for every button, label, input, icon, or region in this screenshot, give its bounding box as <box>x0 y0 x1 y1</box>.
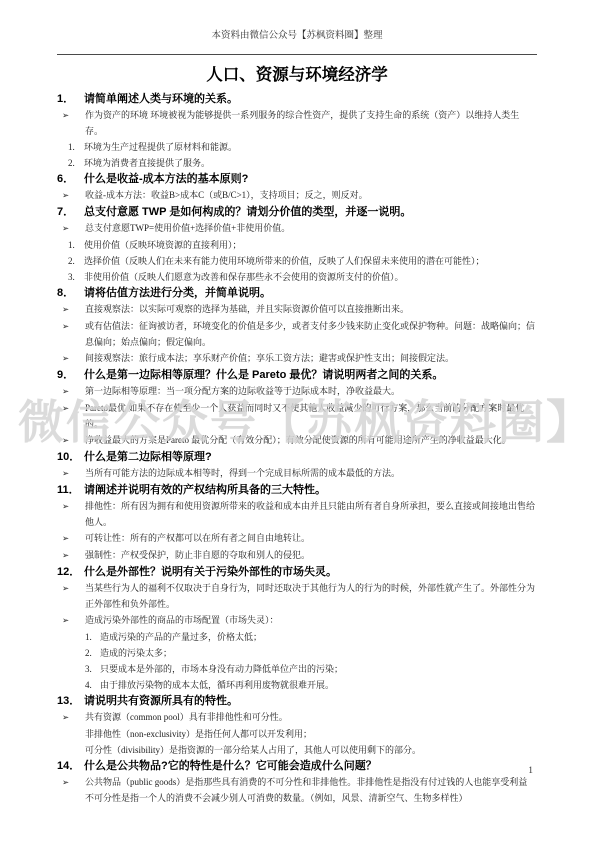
bullet-arrow-icon: ➢ <box>62 351 85 367</box>
bullet-item: ➢强制性：产权受保护，防止非自愿的夺取和别人的侵犯。 <box>57 547 537 564</box>
item-text: 环境为生产过程提供了原材料和能源。 <box>84 139 537 155</box>
item-text: 可转让性：所有的产权都可以在所有者之间自由地转让。 <box>85 530 537 546</box>
item-number: 11． <box>57 482 84 498</box>
question-heading: 7．总支付意愿 TWP 是如何构成的？请划分价值的类型，并逐一说明。 <box>57 204 537 220</box>
bullet-arrow-icon: ➢ <box>62 384 85 400</box>
item-number: 3. <box>68 269 84 285</box>
item-text: 或有估值法：征询被访者，环境变化的价值是多少，或者支付多少钱来防止变化或保护物种… <box>85 318 537 350</box>
continuation-line: 非排他性（non-exclusivity）是指任何人都可以开发利用； <box>85 726 537 742</box>
bullet-item: ➢净收益最大的方案是Pareto 最优分配（有效分配）；有效分配使资源的所有可能… <box>57 432 537 449</box>
item-number: 3. <box>85 661 100 677</box>
bullet-arrow-icon: ➢ <box>62 108 85 124</box>
bullet-item: ➢公共物品（public goods）是指那些具有消费的不可分性和非排他性。非排… <box>57 774 537 806</box>
sub-item: 3.非使用价值（反映人们愿意为改善和保存那些永不会使用的资源所支付的价值）。 <box>68 269 537 285</box>
page-title: 人口、资源与环境经济学 <box>57 63 537 87</box>
document-page: 本资料由微信公众号【苏枫资料圈】整理 人口、资源与环境经济学 1．请简单阐述人类… <box>0 0 595 841</box>
sub-item-nested: 2.造成的污染太多； <box>85 645 537 661</box>
item-text: 由于排放污染物的成本太低，循环再利用废物就很难开展。 <box>100 677 537 693</box>
bullet-item: ➢直接观察法：以实际可观察的选择为基础，并且实际资源价值可以直接推断出来。 <box>57 301 537 318</box>
item-text: 造成的污染太多； <box>100 645 537 661</box>
bullet-arrow-icon: ➢ <box>62 499 85 515</box>
item-number: 10． <box>57 449 84 465</box>
item-text: 造成污染外部性的商品的市场配置（市场失灵）： <box>85 612 537 628</box>
item-text: 选择价值（反映人们在未来有能力使用环境所带来的价值，反映了人们保留未来使用的潜在… <box>84 253 537 269</box>
bullet-arrow-icon: ➢ <box>62 548 85 564</box>
item-text: 什么是收益-成本方法的基本原则? <box>84 171 537 187</box>
item-text: 什么是第二边际相等原理? <box>84 449 537 465</box>
bullet-arrow-icon: ➢ <box>62 433 85 449</box>
item-number: 13． <box>57 693 84 709</box>
item-text: 请将估值方法进行分类，并简单说明。 <box>84 285 537 301</box>
bullet-item: ➢作为资产的环境 环境被视为能够提供一系列服务的综合性资产，提供了支持生命的系统… <box>57 107 537 139</box>
item-text: 当所有可能方法的边际成本相等时，得到一个完成目标所需的成本最低的方法。 <box>85 465 537 481</box>
bullet-arrow-icon: ➢ <box>62 531 85 547</box>
bullet-item: ➢共有资源（common pool）具有非排他性和可分性。 <box>57 709 537 726</box>
item-text: 净收益最大的方案是Pareto 最优分配（有效分配）；有效分配使资源的所有可能用… <box>85 432 537 448</box>
item-number: 6． <box>57 171 84 187</box>
header-text: 本资料由微信公众号【苏枫资料圈】整理 <box>211 31 382 41</box>
bullet-arrow-icon: ➢ <box>62 613 85 629</box>
item-number: 1． <box>57 91 84 107</box>
sub-item-nested: 3.只要成本是外部的，市场本身没有动力降低单位产出的污染； <box>85 661 537 677</box>
item-text: 使用价值（反映环境资源的直接利用）； <box>84 237 537 253</box>
item-number: 12． <box>57 564 84 580</box>
item-number: 2. <box>68 253 84 269</box>
item-text: 作为资产的环境 环境被视为能够提供一系列服务的综合性资产，提供了支持生命的系统（… <box>85 107 537 139</box>
item-text: 什么是第一边际相等原理？什么是 Pareto 最优？请说明两者之间的关系。 <box>84 367 537 383</box>
sub-item: 1.使用价值（反映环境资源的直接利用）； <box>68 237 537 253</box>
bullet-item: ➢第一边际相等原理：当一项分配方案的边际收益等于边际成本时，净收益最大。 <box>57 383 537 400</box>
bullet-item: ➢可转让性：所有的产权都可以在所有者之间自由地转让。 <box>57 530 537 547</box>
bullet-item: ➢或有估值法：征询被访者，环境变化的价值是多少，或者支付多少钱来防止变化或保护物… <box>57 318 537 350</box>
item-number: 1. <box>68 139 84 155</box>
item-number: 1. <box>68 237 84 253</box>
item-text: 造成污染的产品的产量过多，价格太低； <box>100 629 537 645</box>
item-text: 第一边际相等原理：当一项分配方案的边际收益等于边际成本时，净收益最大。 <box>85 383 537 399</box>
bullet-item: ➢当某些行为人的福利不仅取决于自身行为，同时还取决于其他行为人的行为的时候，外部… <box>57 580 537 612</box>
question-heading: 9．什么是第一边际相等原理？什么是 Pareto 最优？请说明两者之间的关系。 <box>57 367 537 383</box>
item-number: 4. <box>85 677 100 693</box>
item-text: 公共物品（public goods）是指那些具有消费的不可分性和非排他性。非排他… <box>85 774 537 806</box>
item-number: 2. <box>85 645 100 661</box>
bullet-arrow-icon: ➢ <box>62 581 85 597</box>
item-number: 1. <box>85 629 100 645</box>
bullet-arrow-icon: ➢ <box>62 466 85 482</box>
item-text: 共有资源（common pool）具有非排他性和可分性。 <box>85 709 537 725</box>
item-text: 总支付意愿TWP=使用价值+选择价值+非使用价值。 <box>85 220 537 236</box>
item-number: 14． <box>57 758 84 774</box>
bullet-item: ➢收益-成本方法：收益B>成本C（或B/C>1），支持项目；反之，则反对。 <box>57 187 537 204</box>
bullet-item: ➢造成污染外部性的商品的市场配置（市场失灵）： <box>57 612 537 629</box>
item-number: 7． <box>57 204 84 220</box>
question-heading: 11．请阐述并说明有效的产权结构所具备的三大特性。 <box>57 482 537 498</box>
item-text: 强制性：产权受保护，防止非自愿的夺取和别人的侵犯。 <box>85 547 537 563</box>
question-heading: 10．什么是第二边际相等原理? <box>57 449 537 465</box>
bullet-arrow-icon: ➢ <box>62 221 85 237</box>
bullet-arrow-icon: ➢ <box>62 302 85 318</box>
item-text: 非使用价值（反映人们愿意为改善和保存那些永不会使用的资源所支付的价值）。 <box>84 269 537 285</box>
item-text: 间接观察法：旅行成本法；享乐财产价值；享乐工资方法；避害或保护性支出；间接假定法… <box>85 350 537 366</box>
item-text: 直接观察法：以实际可观察的选择为基础，并且实际资源价值可以直接推断出来。 <box>85 301 537 317</box>
item-text: 只要成本是外部的，市场本身没有动力降低单位产出的污染； <box>100 661 537 677</box>
item-text: 什么是外部性？说明有关于污染外部性的市场失灵。 <box>84 564 537 580</box>
sub-item: 2.环境为消费者直接提供了服务。 <box>68 155 537 171</box>
bullet-arrow-icon: ➢ <box>62 188 85 204</box>
sub-item-nested: 4.由于排放污染物的成本太低，循环再利用废物就很难开展。 <box>85 677 537 693</box>
page-header: 本资料由微信公众号【苏枫资料圈】整理 <box>57 30 537 55</box>
sub-item-nested: 1.造成污染的产品的产量过多，价格太低； <box>85 629 537 645</box>
item-text: 请简单阐述人类与环境的关系。 <box>84 91 537 107</box>
item-number: 9． <box>57 367 84 383</box>
item-text: 收益-成本方法：收益B>成本C（或B/C>1），支持项目；反之，则反对。 <box>85 187 537 203</box>
continuation-line: 可分性（divisibility）是指资源的一部分给某人占用了，其他人可以使用剩… <box>85 742 537 758</box>
item-text: Pareto最优 如果不存在使至少一个人获益而同时又不使其他人收益减少的可行方案… <box>85 400 537 432</box>
item-text: 请说明共有资源所具有的特性。 <box>84 693 537 709</box>
item-text: 总支付意愿 TWP 是如何构成的？请划分价值的类型，并逐一说明。 <box>84 204 537 220</box>
bullet-arrow-icon: ➢ <box>62 319 85 335</box>
item-text: 什么是公共物品?它的特性是什么？它可能会造成什么问题？ <box>84 758 537 774</box>
item-text: 请阐述并说明有效的产权结构所具备的三大特性。 <box>84 482 537 498</box>
bullet-arrow-icon: ➢ <box>62 401 85 417</box>
bullet-item: ➢总支付意愿TWP=使用价值+选择价值+非使用价值。 <box>57 220 537 237</box>
question-heading: 12．什么是外部性？说明有关于污染外部性的市场失灵。 <box>57 564 537 580</box>
item-text: 环境为消费者直接提供了服务。 <box>84 155 537 171</box>
item-text: 可分性（divisibility）是指资源的一部分给某人占用了，其他人可以使用剩… <box>85 742 537 758</box>
bullet-item: ➢Pareto最优 如果不存在使至少一个人获益而同时又不使其他人收益减少的可行方… <box>57 400 537 432</box>
item-number: 2. <box>68 155 84 171</box>
item-text: 排他性：所有因为拥有和使用资源所带来的收益和成本由并且只能由所有者自身所承担，要… <box>85 498 537 530</box>
bullet-item: ➢间接观察法：旅行成本法；享乐财产价值；享乐工资方法；避害或保护性支出；间接假定… <box>57 350 537 367</box>
sub-item: 1.环境为生产过程提供了原材料和能源。 <box>68 139 537 155</box>
bullet-item: ➢排他性：所有因为拥有和使用资源所带来的收益和成本由并且只能由所有者自身所承担，… <box>57 498 537 530</box>
item-text: 当某些行为人的福利不仅取决于自身行为，同时还取决于其他行为人的行为的时候，外部性… <box>85 580 537 612</box>
bullet-arrow-icon: ➢ <box>62 710 85 726</box>
item-number: 8． <box>57 285 84 301</box>
question-heading: 13．请说明共有资源所具有的特性。 <box>57 693 537 709</box>
bullet-item: ➢当所有可能方法的边际成本相等时，得到一个完成目标所需的成本最低的方法。 <box>57 465 537 482</box>
page-number: 1 <box>528 766 533 776</box>
document-body: 1．请简单阐述人类与环境的关系。➢作为资产的环境 环境被视为能够提供一系列服务的… <box>57 91 537 806</box>
question-heading: 1．请简单阐述人类与环境的关系。 <box>57 91 537 107</box>
question-heading: 6．什么是收益-成本方法的基本原则? <box>57 171 537 187</box>
item-text: 非排他性（non-exclusivity）是指任何人都可以开发利用； <box>85 726 537 742</box>
question-heading: 8．请将估值方法进行分类，并简单说明。 <box>57 285 537 301</box>
question-heading: 14．什么是公共物品?它的特性是什么？它可能会造成什么问题？ <box>57 758 537 774</box>
bullet-arrow-icon: ➢ <box>62 775 85 791</box>
sub-item: 2.选择价值（反映人们在未来有能力使用环境所带来的价值，反映了人们保留未来使用的… <box>68 253 537 269</box>
